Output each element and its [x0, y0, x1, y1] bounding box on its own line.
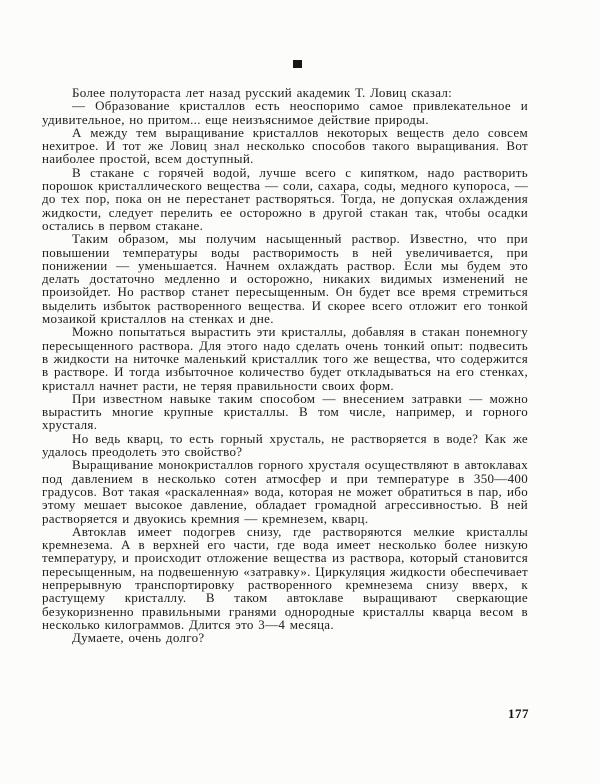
text-block: Более полутораста лет назад русский акад…: [42, 86, 528, 644]
paragraph: Можно попытаться вырастить эти кристаллы…: [42, 325, 528, 391]
paragraph: Но ведь кварц, то есть горный хрусталь, …: [42, 432, 528, 459]
paragraph: Более полутораста лет назад русский акад…: [42, 86, 528, 99]
page-number: 177: [42, 706, 529, 722]
paragraph: Думаете, очень долго?: [42, 631, 528, 644]
book-page: Более полутораста лет назад русский акад…: [0, 0, 600, 784]
paragraph: В стакане с горячей водой, лучше всего с…: [42, 166, 528, 232]
paragraph: — Образование кристаллов есть неоспоримо…: [42, 99, 528, 126]
paragraph: Автоклав имеет подогрев снизу, где раств…: [42, 525, 528, 631]
paragraph: При известном навыке таким способом — вн…: [42, 392, 528, 432]
section-divider-icon: [293, 60, 302, 68]
paragraph: Выращивание монокристаллов горного хруст…: [42, 458, 528, 524]
paragraph: Таким образом, мы получим насыщенный рас…: [42, 232, 528, 325]
paragraph: А между тем выращивание кристаллов некот…: [42, 126, 528, 166]
